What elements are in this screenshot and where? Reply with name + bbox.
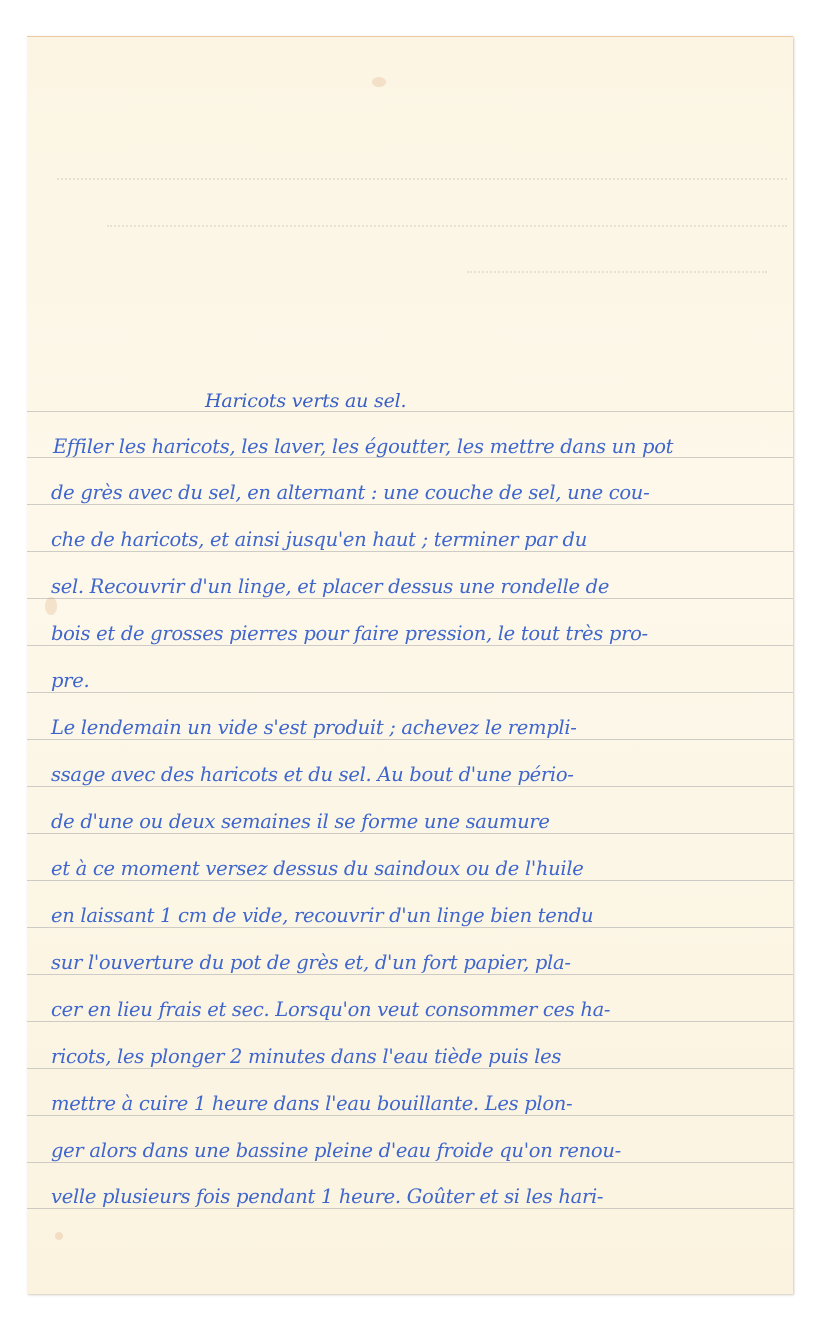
- ruled-line: [27, 411, 793, 412]
- handwritten-page: Haricots verts au sel. Effiler les haric…: [27, 36, 793, 1294]
- text-line: ssage avec des haricots et du sel. Au bo…: [51, 763, 791, 787]
- text-line: ger alors dans une bassine pleine d'eau …: [51, 1139, 791, 1163]
- paper-stain: [55, 1232, 63, 1240]
- bleed-line: [107, 219, 787, 227]
- text-line: et à ce moment versez dessus du saindoux…: [51, 857, 791, 881]
- bleed-line: [467, 265, 767, 273]
- recipe-title: Haricots verts au sel.: [205, 390, 406, 412]
- text-line: ricots, les plonger 2 minutes dans l'eau…: [51, 1045, 791, 1069]
- text-line: che de haricots, et ainsi jusqu'en haut …: [51, 528, 791, 552]
- bleed-through-text: [27, 37, 793, 337]
- text-line: velle plusieurs fois pendant 1 heure. Go…: [51, 1185, 791, 1209]
- text-line: de d'une ou deux semaines il se forme un…: [51, 810, 791, 834]
- text-line: de grès avec du sel, en alternant : une …: [51, 481, 791, 505]
- text-line: sur l'ouverture du pot de grès et, d'un …: [51, 951, 791, 975]
- bleed-line: [57, 172, 787, 180]
- text-line: Effiler les haricots, les laver, les égo…: [53, 435, 793, 459]
- paper-stain: [372, 77, 386, 87]
- text-line: sel. Recouvrir d'un linge, et placer des…: [51, 575, 791, 599]
- text-line: bois et de grosses pierres pour faire pr…: [51, 622, 791, 646]
- paper-stain: [45, 597, 57, 615]
- text-line: en laissant 1 cm de vide, recouvrir d'un…: [51, 904, 791, 928]
- text-line: pre.: [51, 669, 791, 693]
- text-line: Le lendemain un vide s'est produit ; ach…: [51, 716, 791, 740]
- text-line: mettre à cuire 1 heure dans l'eau bouill…: [51, 1092, 791, 1116]
- text-line: cer en lieu frais et sec. Lorsqu'on veut…: [51, 998, 791, 1022]
